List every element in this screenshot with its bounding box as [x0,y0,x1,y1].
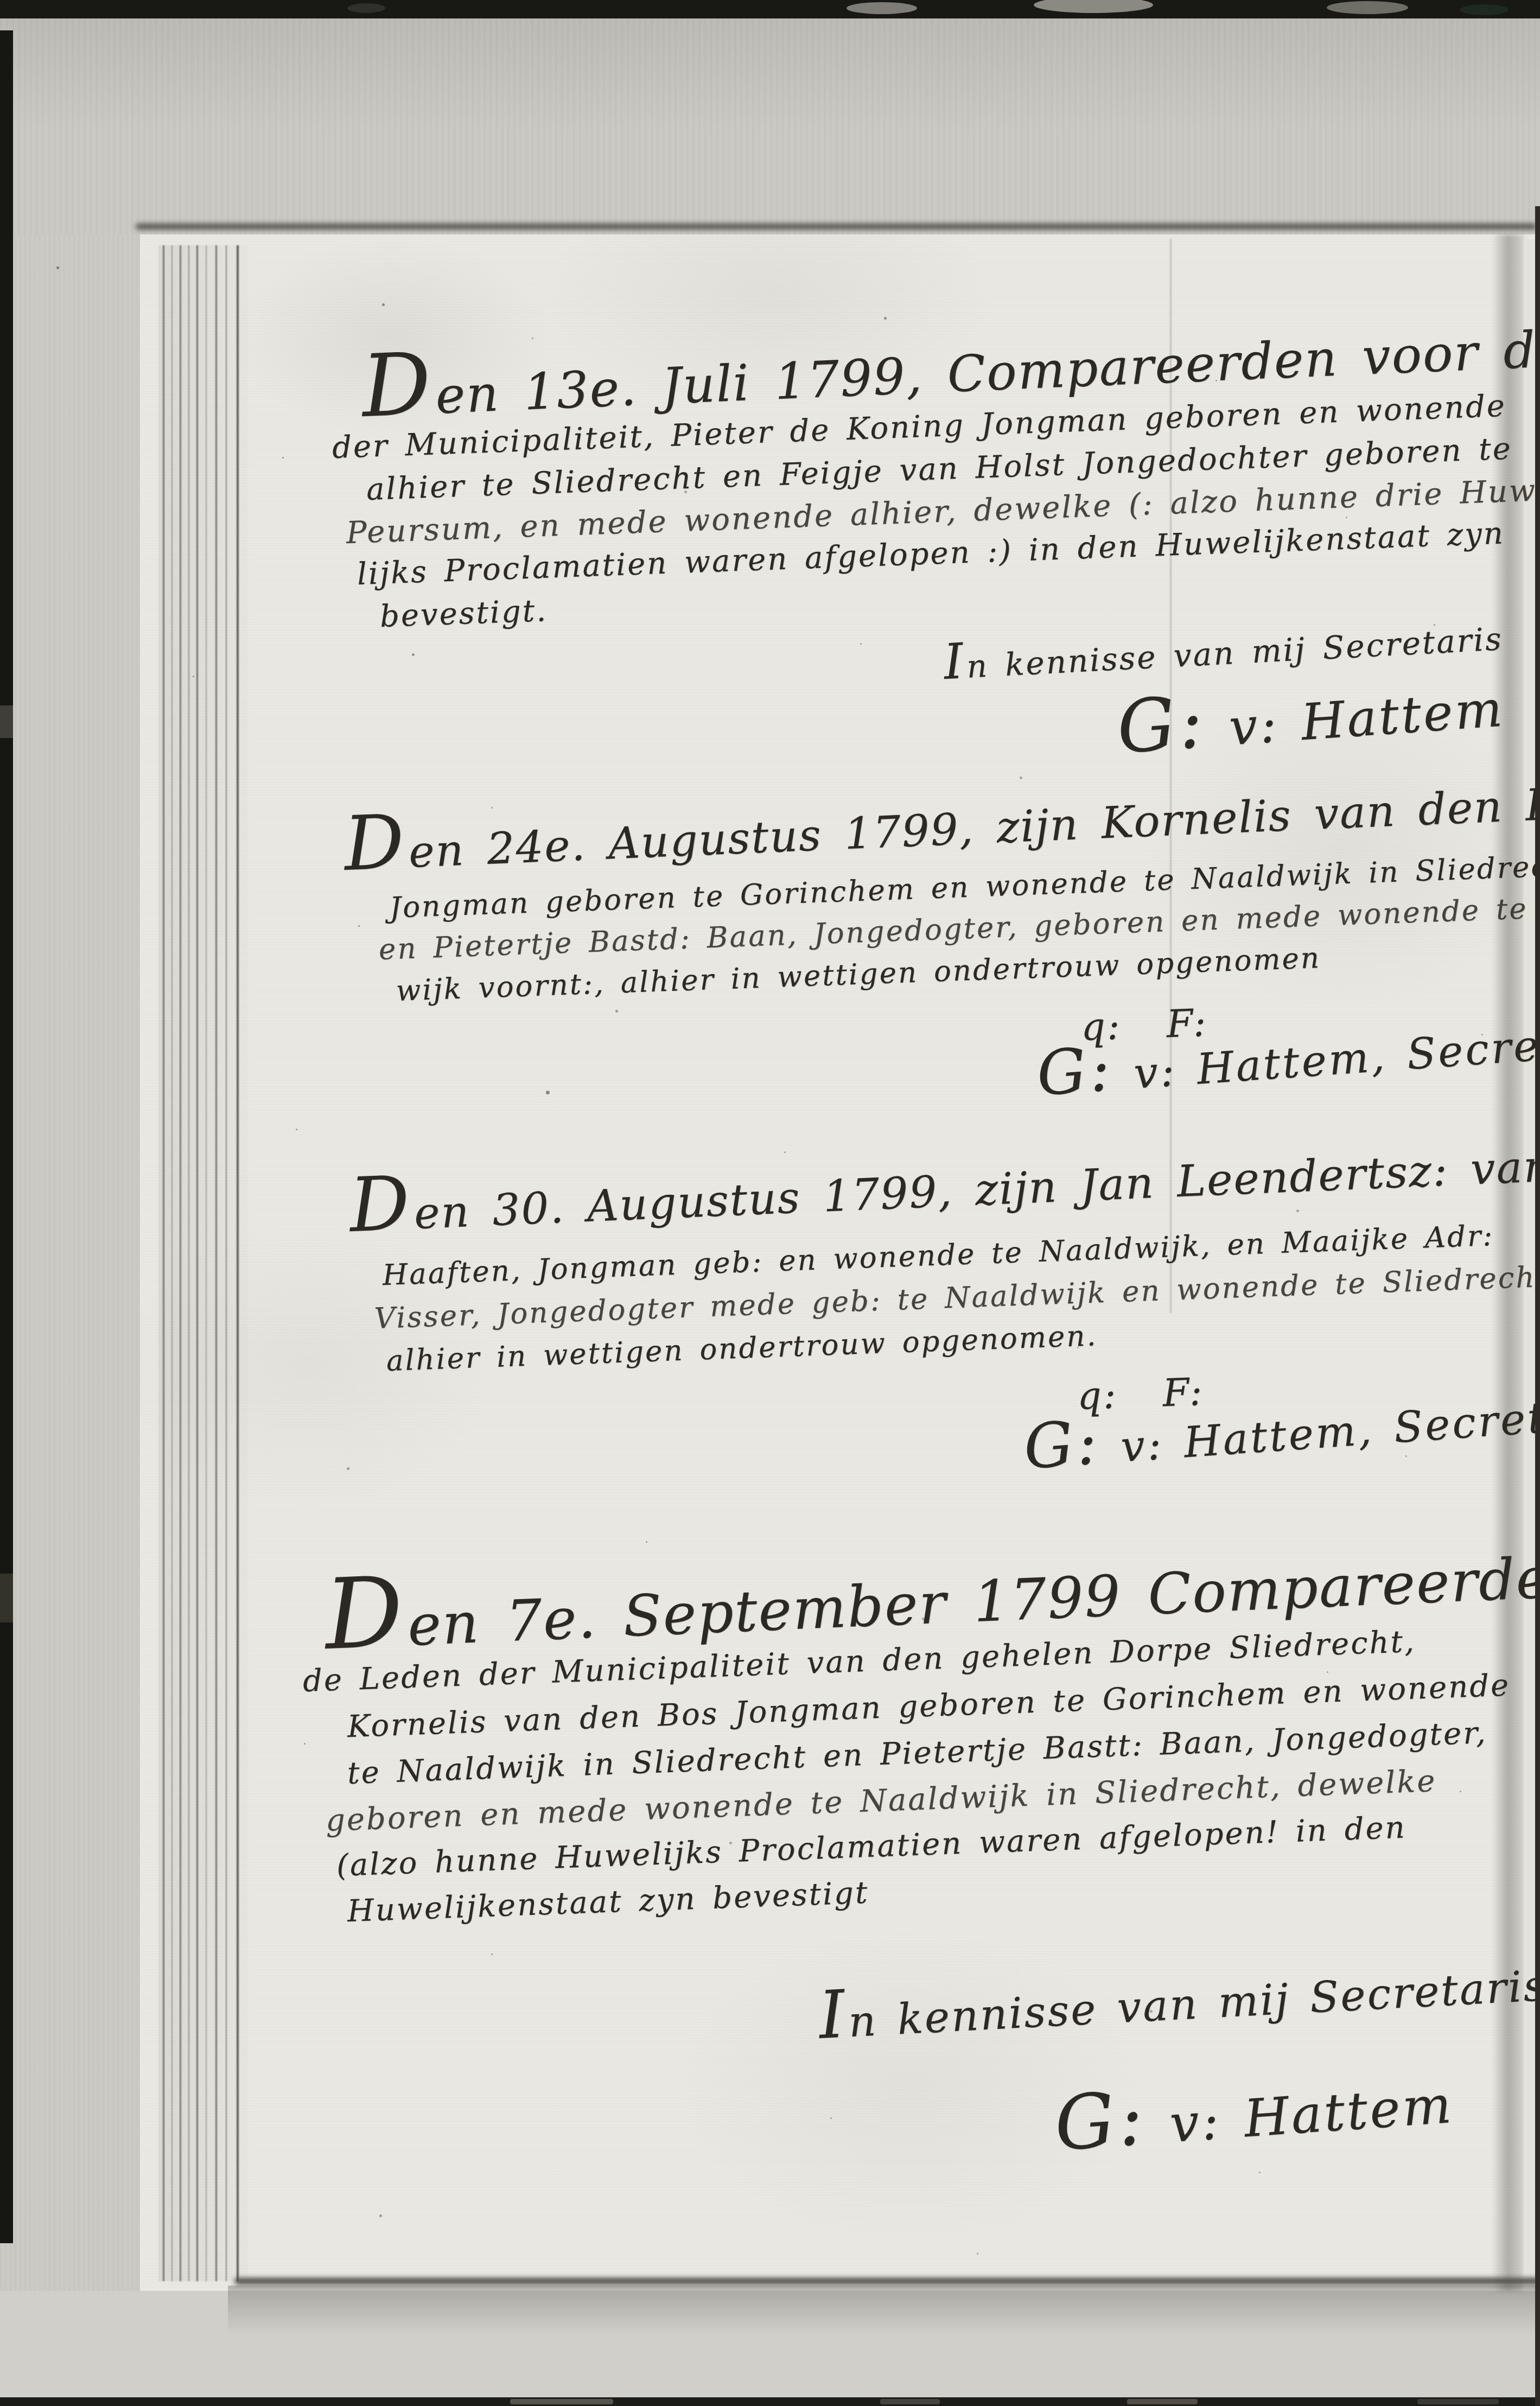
scan-edge-artifact [510,2399,613,2404]
scan-edge-artifact [0,1574,13,1622]
scan-edge-artifact [880,2399,940,2404]
scan-edge-artifact [1127,2399,1198,2404]
page-bottom-edge-shadow [234,2278,1540,2284]
scan-edge-artifact [1034,0,1153,13]
page-edge-line [188,245,189,2281]
scan-edge-right [1535,206,1540,2406]
scan-edge-artifact [1417,2399,1499,2404]
scan-edge-left [0,30,13,2243]
page-edge-line [237,245,239,2281]
scan-edge-artifact [847,2,917,14]
scan-edge-bottom [0,2397,1540,2406]
page-bottom-soft-shadow [228,2286,1540,2334]
page-edge-line [206,245,207,2281]
page-edge-line [226,245,227,2281]
page-top-edge-shadow [136,224,1537,230]
page-edge-line [215,245,217,2281]
scan-edge-artifact [1460,4,1509,15]
page-edge-line [171,245,173,2281]
register-scan: Den 13e. Juli 1799, Compareerden voor de… [0,0,1540,2406]
scan-background-left [0,234,163,2406]
scan-edge-artifact [1327,1,1408,14]
page-edge-line [163,245,164,2281]
scan-background-upper [0,0,1540,234]
entry-body-line: bevestigt. [379,594,548,634]
page-edge-line [180,245,181,2281]
scan-edge-top [0,0,1540,18]
scan-edge-artifact [0,705,13,738]
scan-edge-artifact [347,3,385,13]
page-edge-line [196,245,198,2281]
